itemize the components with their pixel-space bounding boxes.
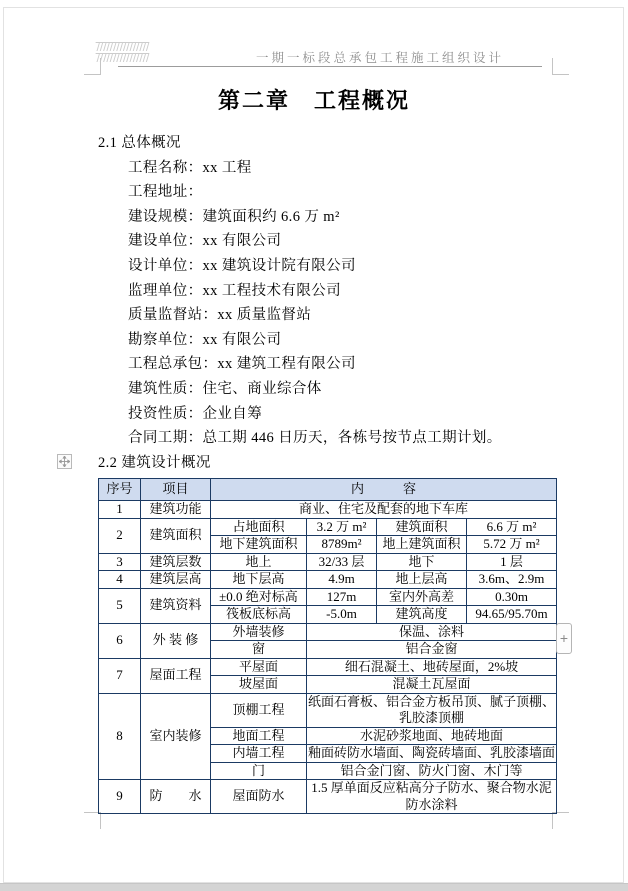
cell-sublabel: 地上建筑面积 xyxy=(377,536,467,554)
cell-content: 铝合金门窗、防火门窗、木门等 xyxy=(307,762,557,780)
cell-sublabel: 内墙工程 xyxy=(211,745,307,763)
cell-sublabel: 地上层高 xyxy=(377,571,467,589)
cell-no: 6 xyxy=(99,623,141,658)
cell-value: 6.6 万 m² xyxy=(467,518,557,536)
cell-value: 94.65/95.70m xyxy=(467,606,557,624)
overview-line: 投资性质：企业自筹 xyxy=(98,402,558,427)
table-row: 9 防 水 屋面防水 1.5 厚单面反应粘高分子防水、聚合物水泥防水涂料 xyxy=(99,780,557,814)
cell-content: 混凝土瓦屋面 xyxy=(307,676,557,694)
cell-sublabel: 占地面积 xyxy=(211,518,307,536)
header-cell-no: 序号 xyxy=(99,479,141,501)
cell-content: 1.5 厚单面反应粘高分子防水、聚合物水泥防水涂料 xyxy=(307,780,557,814)
cell-value: 0.30m xyxy=(467,588,557,606)
cell-sublabel: 屋面防水 xyxy=(211,780,307,814)
table-row: 2 建筑面积 占地面积 3.2 万 m² 建筑面积 6.6 万 m² xyxy=(99,518,557,536)
table-move-handle[interactable] xyxy=(57,454,72,469)
cell-content: 纸面石膏板、铝合金方板吊顶、腻子顶棚、乳胶漆顶棚 xyxy=(307,693,557,727)
cell-value: 1 层 xyxy=(467,553,557,571)
cell-sublabel: 建筑高度 xyxy=(377,606,467,624)
cell-value: 8789m² xyxy=(307,536,377,554)
margin-corner-mark-bottom-right xyxy=(552,812,569,829)
cell-content: 商业、住宅及配套的地下车库 xyxy=(211,501,557,519)
table-row: 1 建筑功能 商业、住宅及配套的地下车库 xyxy=(99,501,557,519)
header-watermark-pattern: 7777777777777777 7777777777777777 xyxy=(95,42,173,68)
overview-line: 勘察单位：xx 有限公司 xyxy=(98,328,558,353)
overview-line: 合同工期：总工期 446 日历天，各栋号按节点工期计划。 xyxy=(98,426,558,451)
cell-value: 4.9m xyxy=(307,571,377,589)
insert-plus-button[interactable]: + xyxy=(556,623,572,654)
margin-corner-mark-bottom-left xyxy=(84,812,101,829)
cell-no: 8 xyxy=(99,693,141,780)
cell-sublabel: ±0.0 绝对标高 xyxy=(211,588,307,606)
table-row: 8 室内装修 顶棚工程 纸面石膏板、铝合金方板吊顶、腻子顶棚、乳胶漆顶棚 xyxy=(99,693,557,727)
move-arrows-icon xyxy=(59,456,70,467)
header-underline-rule xyxy=(118,66,542,67)
cell-content: 保温、涂料 xyxy=(307,623,557,641)
table-row: 3 建筑层数 地上 32/33 层 地下 1 层 xyxy=(99,553,557,571)
cell-no: 3 xyxy=(99,553,141,571)
cell-no: 9 xyxy=(99,780,141,814)
cell-sublabel: 坡屋面 xyxy=(211,676,307,694)
overview-line: 建筑性质：住宅、商业综合体 xyxy=(98,377,558,402)
cell-value: -5.0m xyxy=(307,606,377,624)
cell-sublabel: 建筑面积 xyxy=(377,518,467,536)
cell-item: 建筑资料 xyxy=(141,588,211,623)
overview-line: 工程总承包：xx 建筑工程有限公司 xyxy=(98,352,558,377)
cell-value: 32/33 层 xyxy=(307,553,377,571)
section2-heading: 2.2 建筑设计概况 xyxy=(98,451,558,476)
cell-value: 3.2 万 m² xyxy=(307,518,377,536)
table-row: 6 外 装 修 外墙装修 保温、涂料 xyxy=(99,623,557,641)
table-row: 5 建筑资料 ±0.0 绝对标高 127m 室内外高差 0.30m xyxy=(99,588,557,606)
cell-value: 5.72 万 m² xyxy=(467,536,557,554)
cell-content: 水泥砂浆地面、地砖地面 xyxy=(307,727,557,745)
overview-heading: 2.1 总体概况 xyxy=(98,131,558,156)
cell-no: 2 xyxy=(99,518,141,553)
margin-corner-mark-top-right xyxy=(552,58,569,75)
overview-line: 监理单位：xx 工程技术有限公司 xyxy=(98,279,558,304)
cell-item: 建筑面积 xyxy=(141,518,211,553)
cell-item: 防 水 xyxy=(141,780,211,814)
cell-no: 1 xyxy=(99,501,141,519)
cell-item: 室内装修 xyxy=(141,693,211,780)
cell-no: 5 xyxy=(99,588,141,623)
table-row: 4 建筑层高 地下层高 4.9m 地上层高 3.6m、2.9m xyxy=(99,571,557,589)
cell-item: 屋面工程 xyxy=(141,658,211,693)
overview-line: 建设单位：xx 有限公司 xyxy=(98,229,558,254)
cell-content: 铝合金窗 xyxy=(307,641,557,659)
cell-item: 外 装 修 xyxy=(141,623,211,658)
cell-value: 3.6m、2.9m xyxy=(467,571,557,589)
cell-sublabel: 地下建筑面积 xyxy=(211,536,307,554)
overview-line: 工程名称：xx 工程 xyxy=(98,156,558,181)
cell-item: 建筑功能 xyxy=(141,501,211,519)
header-cell-content: 内 容 xyxy=(211,479,557,501)
cell-sublabel: 平屋面 xyxy=(211,658,307,676)
margin-corner-mark-top-left xyxy=(84,58,101,75)
overview-line: 设计单位：xx 建筑设计院有限公司 xyxy=(98,254,558,279)
cell-item: 建筑层数 xyxy=(141,553,211,571)
building-design-table: 序号 项目 内 容 1 建筑功能 商业、住宅及配套的地下车库 2 建筑面积 占地… xyxy=(98,478,557,814)
page-bottom-separator xyxy=(0,883,628,891)
watermark-row: 7777777777777777 xyxy=(95,53,173,64)
cell-sublabel: 门 xyxy=(211,762,307,780)
document-page: 7777777777777777 7777777777777777 一期一标段总… xyxy=(0,0,628,891)
cell-item: 建筑层高 xyxy=(141,571,211,589)
table-row: 7 屋面工程 平屋面 细石混凝土、地砖屋面，2%坡 xyxy=(99,658,557,676)
cell-no: 7 xyxy=(99,658,141,693)
cell-sublabel: 窗 xyxy=(211,641,307,659)
header-cell-item: 项目 xyxy=(141,479,211,501)
cell-sublabel: 顶棚工程 xyxy=(211,693,307,727)
cell-sublabel: 筏板底标高 xyxy=(211,606,307,624)
cell-no: 4 xyxy=(99,571,141,589)
cell-sublabel: 地下 xyxy=(377,553,467,571)
cell-sublabel: 地面工程 xyxy=(211,727,307,745)
cell-sublabel: 室内外高差 xyxy=(377,588,467,606)
table-header-row: 序号 项目 内 容 xyxy=(99,479,557,501)
header-title: 一期一标段总承包工程施工组织设计 xyxy=(215,48,545,66)
cell-sublabel: 地下层高 xyxy=(211,571,307,589)
overview-section: 2.1 总体概况 工程名称：xx 工程 工程地址： 建设规模：建筑面积约 6.6… xyxy=(98,131,558,475)
cell-content: 釉面砖防水墙面、陶瓷砖墙面、乳胶漆墙面 xyxy=(307,745,557,763)
cell-sublabel: 外墙装修 xyxy=(211,623,307,641)
cell-sublabel: 地上 xyxy=(211,553,307,571)
overview-line: 质量监督站：xx 质量监督站 xyxy=(98,303,558,328)
chapter-title: 第二章 工程概况 xyxy=(0,84,628,115)
cell-value: 127m xyxy=(307,588,377,606)
overview-line: 工程地址： xyxy=(98,180,558,205)
cell-content: 细石混凝土、地砖屋面，2%坡 xyxy=(307,658,557,676)
overview-line: 建设规模：建筑面积约 6.6 万 m² xyxy=(98,205,558,230)
